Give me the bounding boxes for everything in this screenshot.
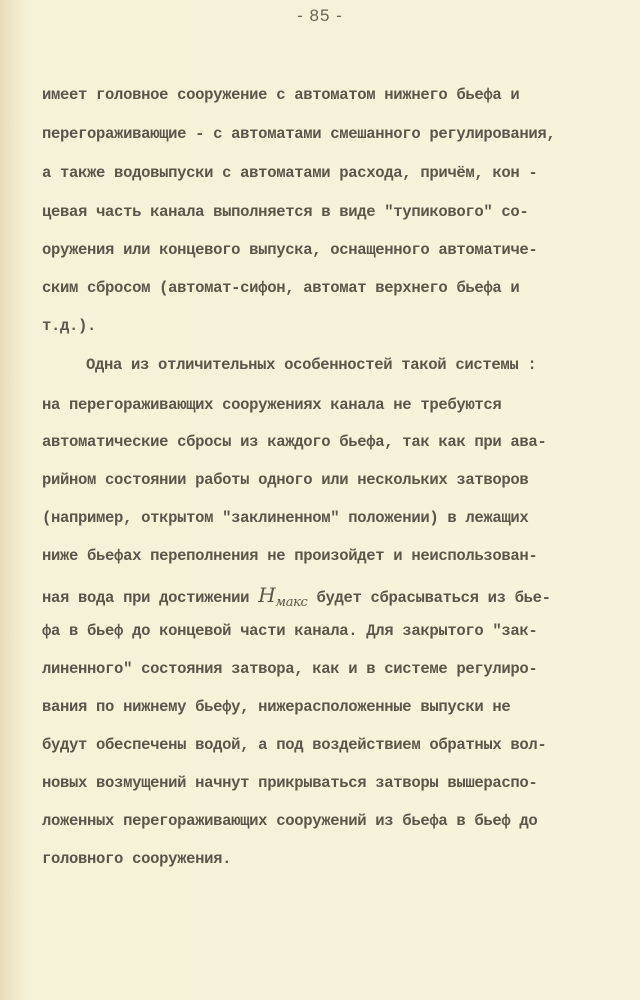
formula-line-after: будет сбрасываться из бье- [307, 589, 550, 607]
text-line: т.д.). [42, 317, 96, 335]
text-line: будут обеспечены водой, а под воздействи… [42, 736, 546, 754]
document-page: - 85 - имеет головное сооружение с автом… [0, 0, 640, 1000]
formula-line-before: ная вода при достижении [42, 589, 258, 607]
text-line: на перегораживающих сооружениях канала н… [42, 396, 501, 414]
text-line: (например, открытом "заклиненном" положе… [42, 509, 528, 527]
page-number: - 85 - [0, 6, 640, 26]
paragraph-start-line: Одна из отличительных особенностей такой… [86, 356, 536, 374]
text-line: линенного" состояния затвора, как и в си… [42, 660, 537, 678]
text-line: ниже бьефах переполнения не произойдет и… [42, 547, 537, 565]
text-line: ложенных перегораживающих сооружений из … [42, 812, 537, 830]
text-line: вания по нижнему бьефу, нижерасположенны… [42, 698, 510, 716]
text-line: фа в бьеф до концевой части канала. Для … [42, 622, 537, 640]
h-max-symbol: Hмакс [258, 583, 307, 607]
formula-line: ная вода при достижении Hмакс будет сбра… [42, 583, 551, 610]
text-line: головного сооружения. [42, 850, 231, 868]
text-line: имеет головное сооружение с автоматом ни… [42, 86, 519, 104]
text-line: ским сбросом (автомат-сифон, автомат вер… [42, 279, 519, 297]
text-line: автоматические сбросы из каждого бьефа, … [42, 433, 546, 451]
text-line: перегораживающие - с автоматами смешанно… [42, 125, 555, 143]
text-line: а также водовыпуски с автоматами расхода… [42, 164, 537, 182]
text-line: новых возмущений начнут прикрываться зат… [42, 774, 537, 792]
text-line: рийном состоянии работы одного или неско… [42, 471, 528, 489]
text-line: оружения или концевого выпуска, оснащенн… [42, 241, 537, 259]
text-line: цевая часть канала выполняется в виде "т… [42, 203, 528, 221]
